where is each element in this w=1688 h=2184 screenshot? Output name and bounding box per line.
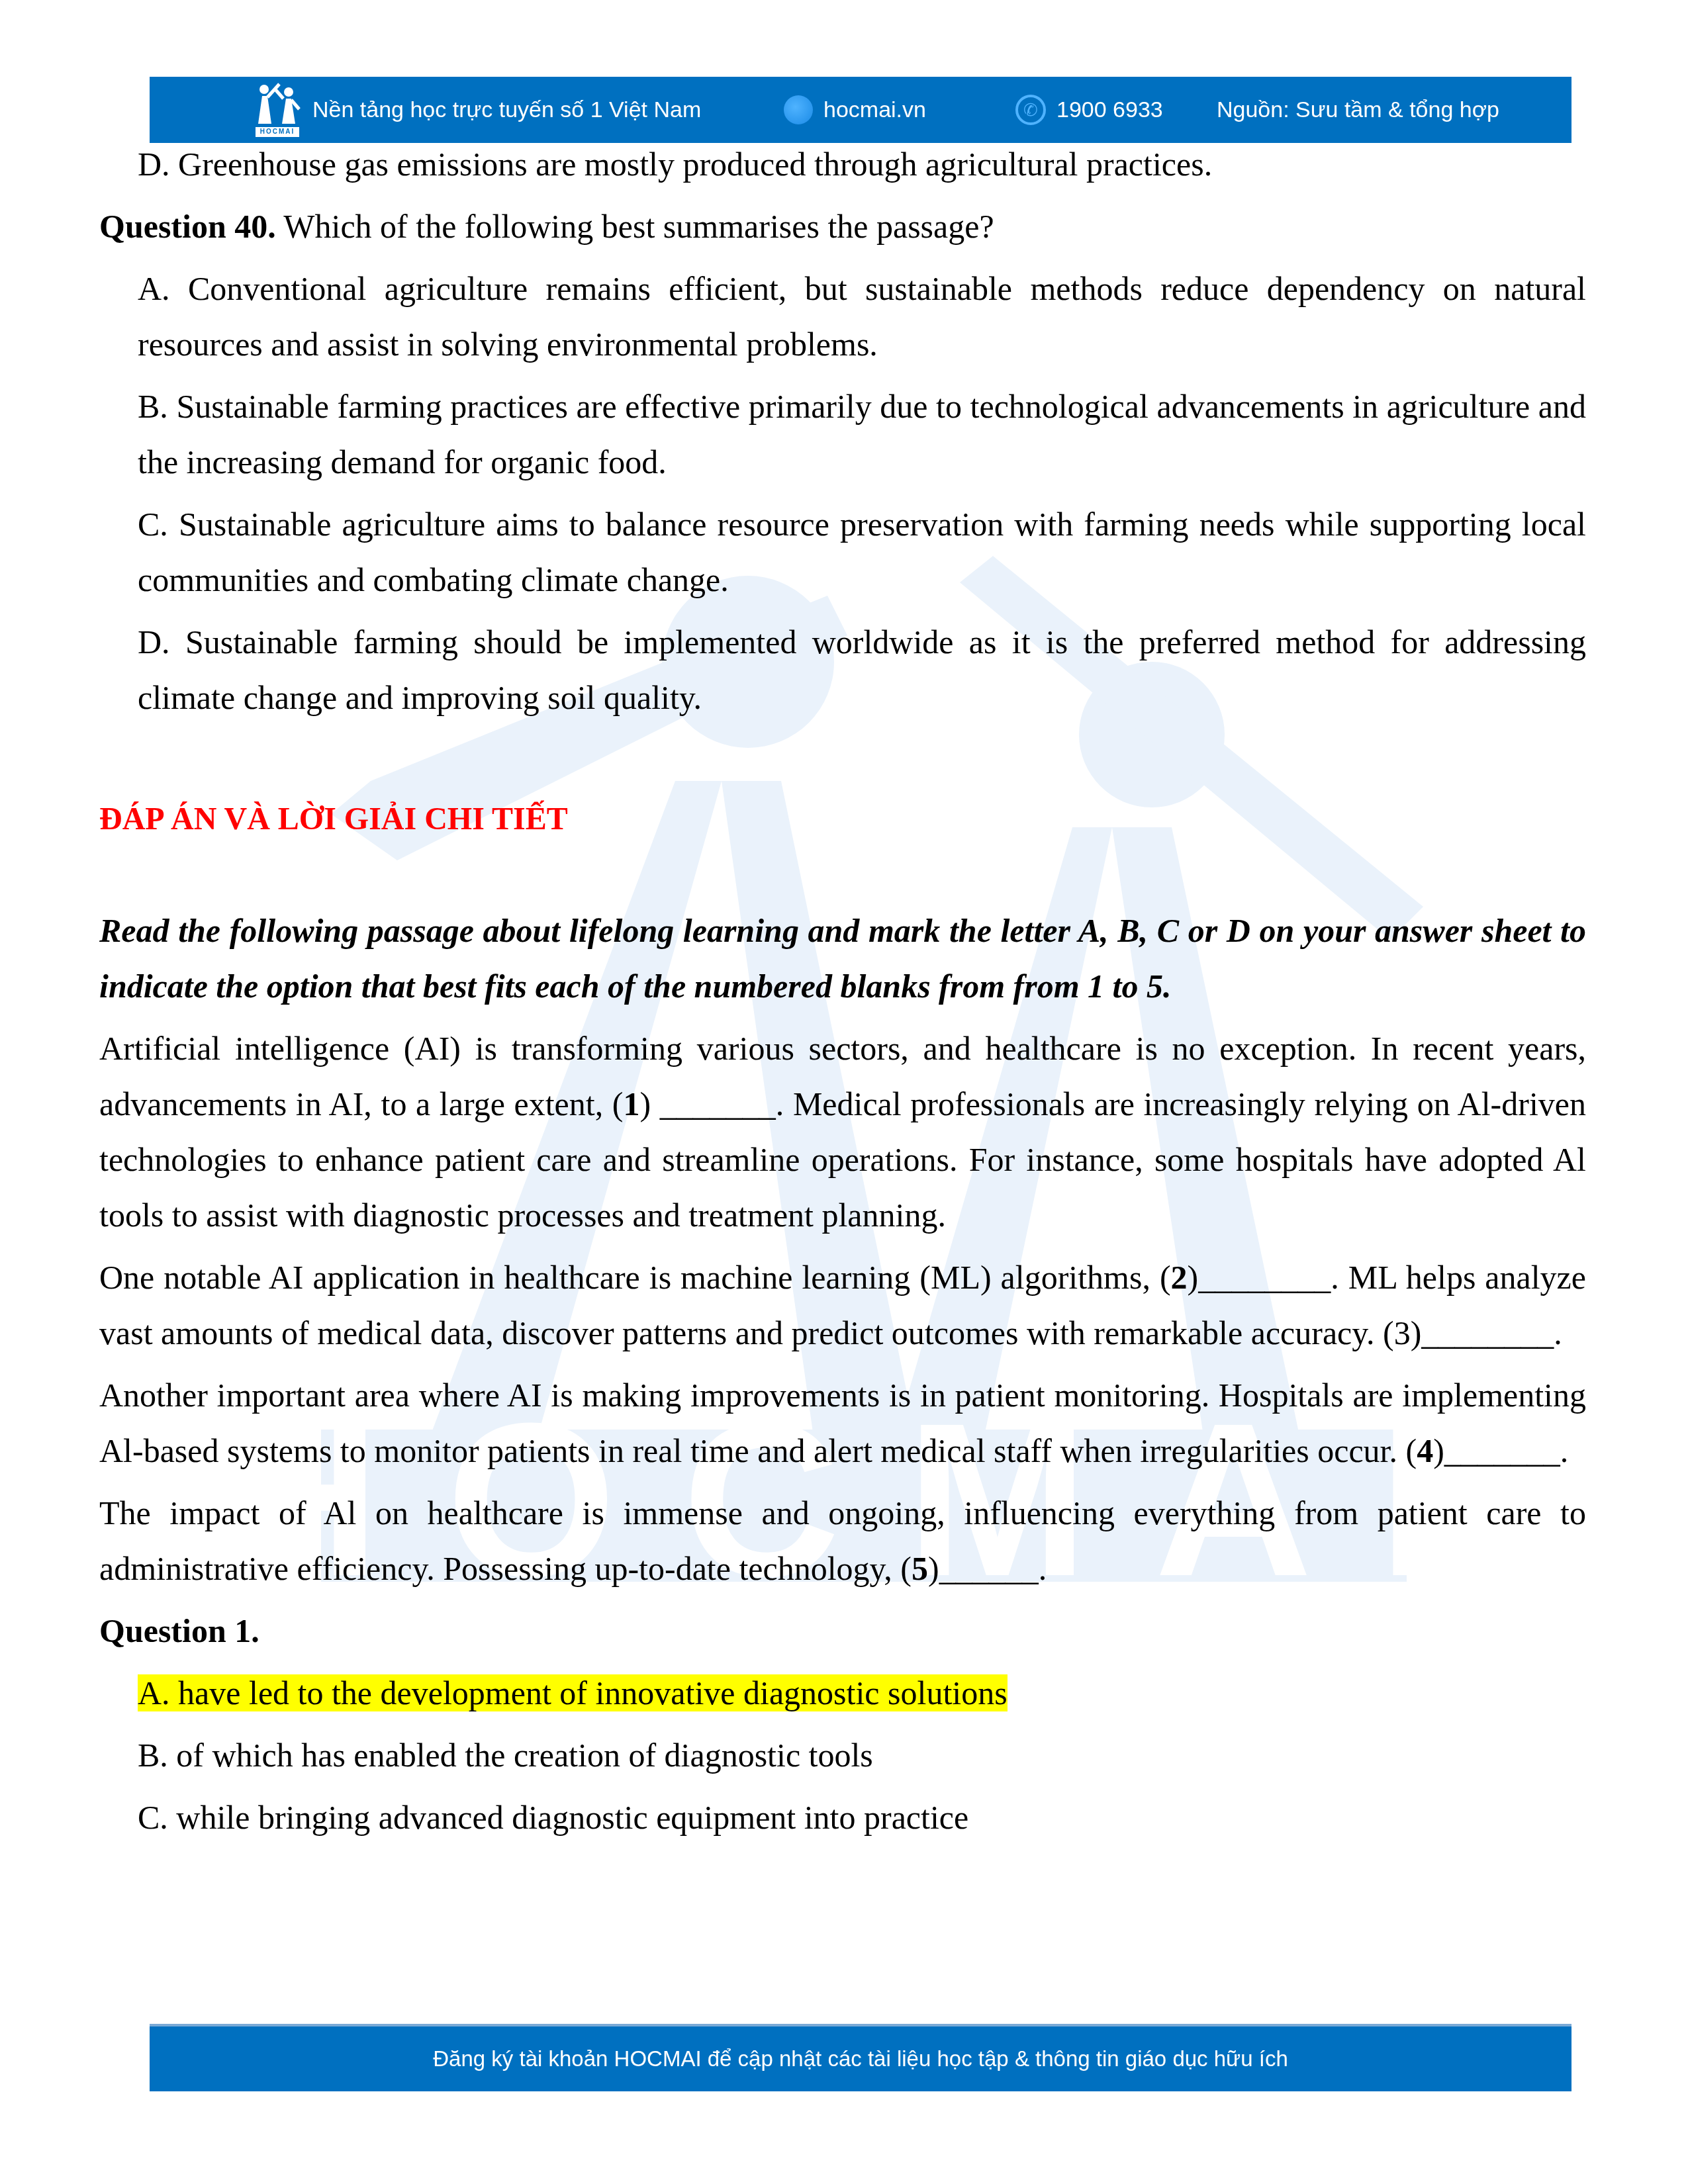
q1-option-a: A. have led to the development of innova… — [99, 1665, 1586, 1721]
q40-option-d: D. Sustainable farming should be impleme… — [99, 614, 1586, 725]
passage-instruction: Read the following passage about lifelon… — [99, 903, 1586, 1014]
answers-section-title: ĐÁP ÁN VÀ LỜI GIẢI CHI TIẾT — [99, 792, 1586, 847]
passage-paragraph-4: The impact of Al on healthcare is immens… — [99, 1485, 1586, 1596]
passage-paragraph-3: Another important area where AI is makin… — [99, 1367, 1586, 1479]
question-40: Question 40. Which of the following best… — [99, 199, 1586, 254]
document-content: D. Greenhouse gas emissions are mostly p… — [99, 136, 1586, 1845]
header-slogan-group: HOCMAI Nền tảng học trực tuyến số 1 Việt… — [254, 77, 701, 143]
question-40-prompt: Which of the following best summarises t… — [283, 208, 994, 245]
q1-option-c: C. while bringing advanced diagnostic eq… — [99, 1790, 1586, 1845]
header-bar: HOCMAI Nền tảng học trực tuyến số 1 Việt… — [150, 77, 1571, 143]
header-website-link[interactable]: hocmai.vn — [823, 97, 926, 123]
header-phone-group[interactable]: ✆ 1900 6933 — [1015, 77, 1163, 143]
passage-paragraph-2: One notable AI application in healthcare… — [99, 1250, 1586, 1361]
header-slogan: Nền tảng học trực tuyến số 1 Việt Nam — [312, 97, 701, 123]
q40-option-a: A. Conventional agriculture remains effi… — [99, 261, 1586, 372]
passage-paragraph-1: Artificial intelligence (AI) is transfor… — [99, 1021, 1586, 1243]
hocmai-logo-icon: HOCMAI — [254, 83, 301, 137]
header-website-group[interactable]: hocmai.vn — [784, 77, 926, 143]
header-source: Nguồn: Sưu tầm & tổng hợp — [1217, 77, 1499, 143]
header-phone[interactable]: 1900 6933 — [1056, 97, 1163, 123]
q40-option-c: C. Sustainable agriculture aims to balan… — [99, 496, 1586, 608]
q40-option-b: B. Sustainable farming practices are eff… — [99, 379, 1586, 490]
q1-option-b: B. of which has enabled the creation of … — [99, 1727, 1586, 1783]
phone-icon: ✆ — [1015, 95, 1046, 125]
question-1-label: Question 1. — [99, 1603, 1586, 1659]
globe-icon — [784, 95, 813, 124]
q39-option-d: D. Greenhouse gas emissions are mostly p… — [99, 136, 1586, 192]
footer-text: Đăng ký tài khoản HOCMAI để cập nhật các… — [433, 2046, 1288, 2071]
footer-bar: Đăng ký tài khoản HOCMAI để cập nhật các… — [150, 2024, 1571, 2091]
question-40-label: Question 40. — [99, 208, 276, 245]
q1-option-a-highlighted: A. have led to the development of innova… — [138, 1674, 1008, 1711]
